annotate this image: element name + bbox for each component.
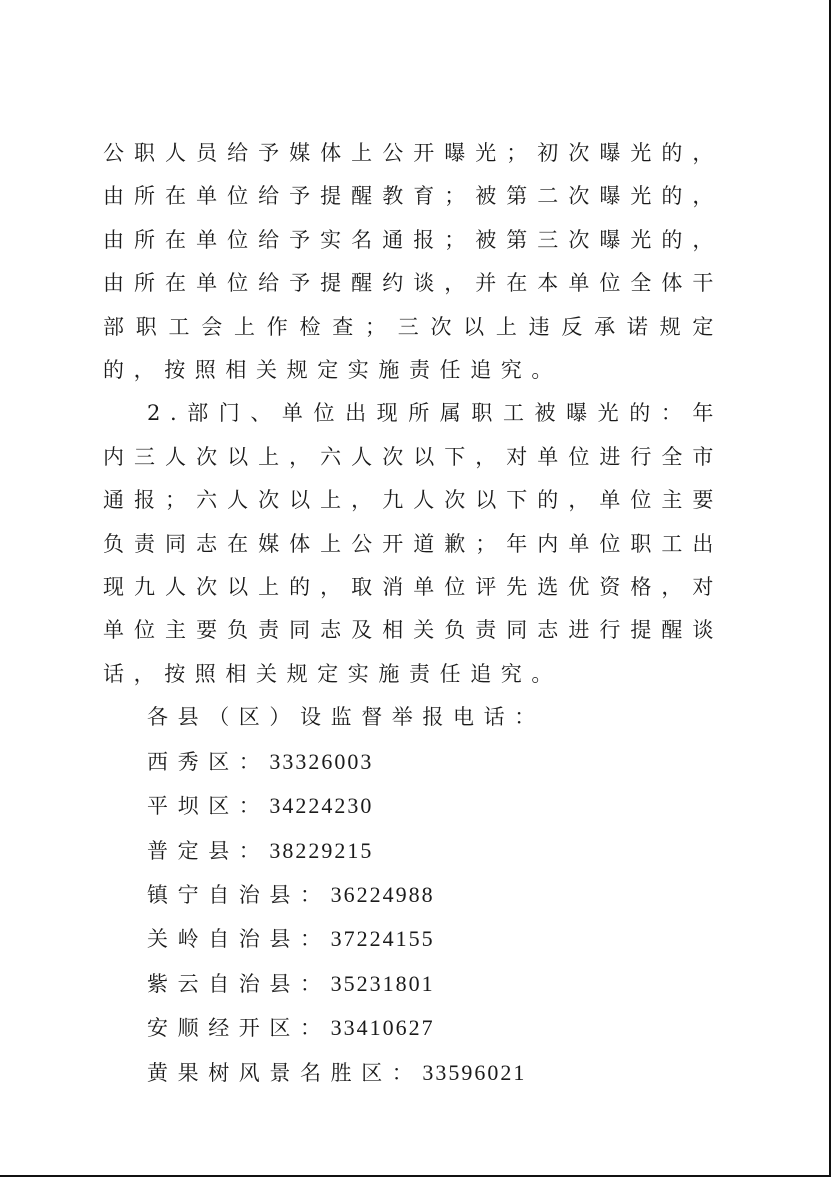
hotline-item: 安顺经开区：33410627	[103, 1006, 723, 1050]
hotline-phone: 33410627	[331, 1015, 435, 1040]
document-page: 公职人员给予媒体上公开曝光；初次曝光的，由所在单位给予提醒教育；被第二次曝光的，…	[0, 0, 831, 1177]
paragraph-penalties-department: 2.部门、单位出现所属职工被曝光的：年内三人次以上，六人次以下，对单位进行全市通…	[103, 392, 723, 696]
hotline-district: 普定县：	[147, 839, 269, 863]
hotline-item: 紫云自治县：35231801	[103, 962, 723, 1006]
hotline-phone: 36224988	[331, 882, 435, 907]
hotline-phone: 33326003	[269, 749, 373, 774]
hotline-district: 镇宁自治县：	[147, 883, 331, 907]
hotline-district: 紫云自治县：	[147, 972, 331, 996]
paragraph-penalties-individual: 公职人员给予媒体上公开曝光；初次曝光的，由所在单位给予提醒教育；被第二次曝光的，…	[103, 132, 723, 392]
hotline-item: 西秀区：33326003	[103, 740, 723, 784]
hotline-phone: 38229215	[269, 838, 373, 863]
hotline-item: 普定县：38229215	[103, 829, 723, 873]
hotline-phone: 33596021	[422, 1060, 526, 1085]
hotline-phone: 34224230	[269, 793, 373, 818]
hotline-phone: 35231801	[331, 971, 435, 996]
hotline-phone: 37224155	[331, 926, 435, 951]
hotline-district: 黄果树风景名胜区：	[147, 1061, 422, 1085]
hotline-item: 镇宁自治县：36224988	[103, 873, 723, 917]
hotline-item: 关岭自治县：37224155	[103, 917, 723, 961]
hotline-district: 平坝区：	[147, 794, 269, 818]
hotline-district: 西秀区：	[147, 750, 269, 774]
hotline-item: 平坝区：34224230	[103, 784, 723, 828]
hotline-district: 关岭自治县：	[147, 927, 331, 951]
hotline-district: 安顺经开区：	[147, 1016, 331, 1040]
document-body: 公职人员给予媒体上公开曝光；初次曝光的，由所在单位给予提醒教育；被第二次曝光的，…	[103, 132, 723, 1095]
hotline-heading: 各县（区）设监督举报电话：	[103, 696, 723, 739]
hotline-item: 黄果树风景名胜区：33596021	[103, 1051, 723, 1095]
